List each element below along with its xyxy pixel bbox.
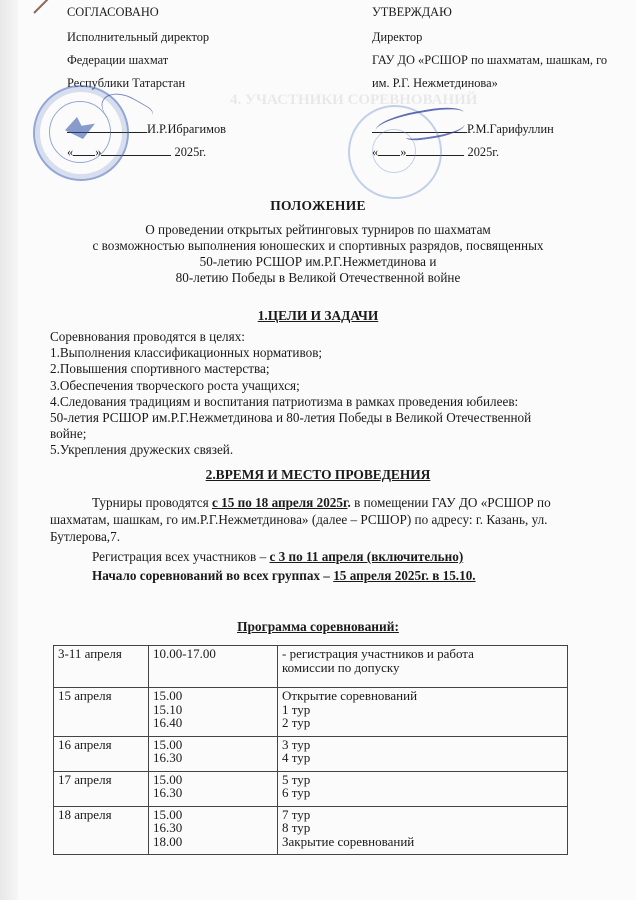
program-times-line: 10.00-17.00 xyxy=(153,647,273,661)
program-date: 16 апреля xyxy=(54,736,149,771)
approve-heading: УТВЕРЖДАЮ xyxy=(372,5,452,19)
program-date: 18 апреля xyxy=(54,806,149,855)
goal-item: 1.Выполнения классификационных нормативо… xyxy=(50,345,636,361)
director-date-line: «» 2025г. xyxy=(372,144,499,159)
registration-dates: с 3 по 11 апреля (включительно) xyxy=(269,549,463,564)
tournament-dates: с 15 по 18 апреля 2025г xyxy=(212,495,348,510)
program-times: 15.0016.30 xyxy=(149,736,278,771)
program-times-line: 16.30 xyxy=(153,786,273,800)
director-org-line2: им. Р.Г. Нежметдинова» xyxy=(372,76,498,90)
goal-item-cont: войне; xyxy=(50,426,636,442)
venue-address: шахматам, шашкам, го им.Р.Г.Нежметдинова… xyxy=(50,511,636,528)
program-row: 15 апреля15.0015.1016.40Открытие соревно… xyxy=(54,688,568,737)
tournament-dates-prefix: Турниры проводятся xyxy=(92,495,212,510)
program-events: 7 тур8 турЗакрытие соревнований xyxy=(278,806,568,855)
program-times-line: 15.00 xyxy=(153,689,273,703)
program-events-line: 8 тур xyxy=(282,821,563,835)
program-events-line: 7 тур xyxy=(282,808,563,822)
section-time-place-heading: 2.ВРЕМЯ И МЕСТО ПРОВЕДЕНИЯ xyxy=(0,467,636,483)
subtitle-line-1: О проведении открытых рейтинговых турнир… xyxy=(0,222,636,238)
program-times: 15.0015.1016.40 xyxy=(149,688,278,737)
program-times-line: 15.10 xyxy=(153,703,273,717)
program-row: 18 апреля15.0016.3018.007 тур8 турЗакрыт… xyxy=(54,806,568,855)
program-times-line: 15.00 xyxy=(153,808,273,822)
document-title: ПОЛОЖЕНИЕ xyxy=(0,198,636,214)
program-events: Открытие соревнований1 тур2 тур xyxy=(278,688,568,737)
subtitle-line-3: 50-летию РСШОР им.Р.Г.Нежметдинова и xyxy=(0,254,636,270)
program-events-line: 2 тур xyxy=(282,716,563,730)
program-row: 3-11 апреля10.00-17.00- регистрация учас… xyxy=(54,646,568,688)
program-date: 17 апреля xyxy=(54,771,149,806)
program-events: - регистрация участников и работакомисси… xyxy=(278,646,568,688)
day-blank xyxy=(73,144,95,156)
director-name: Р.М.Гарифуллин xyxy=(467,122,554,136)
program-events-line: Закрытие соревнований xyxy=(282,835,563,849)
registration-line: Регистрация всех участников – с 3 по 11 … xyxy=(50,548,636,565)
program-date: 3-11 апреля xyxy=(54,646,149,688)
goal-item: 5.Укрепления дружеских связей. xyxy=(50,442,636,458)
program-times-line: 15.00 xyxy=(153,773,273,787)
program-date: 15 апреля xyxy=(54,688,149,737)
program-row: 17 апреля15.0016.305 тур6 тур xyxy=(54,771,568,806)
approval-heading: СОГЛАСОВАНО xyxy=(67,5,159,19)
venue-street: Бутлерова,7. xyxy=(50,528,636,545)
approver-date-year: 2025г. xyxy=(175,145,207,159)
approver-org-line2: Республики Татарстан xyxy=(67,76,185,90)
program-events-line: 6 тур xyxy=(282,786,563,800)
program-events-line: Открытие соревнований xyxy=(282,689,563,703)
program-times: 15.0016.3018.00 xyxy=(149,806,278,855)
program-times-line: 18.00 xyxy=(153,835,273,849)
start-line: Начало соревнований во всех группах – 15… xyxy=(50,567,636,584)
approver-name: И.Р.Ибрагимов xyxy=(147,122,226,136)
goal-item-cont: 50-летия РСШОР им.Р.Г.Нежметдинова и 80-… xyxy=(50,410,636,426)
start-prefix: Начало соревнований во всех группах – xyxy=(92,568,333,583)
goal-item: 3.Обеспечения творческого роста учащихся… xyxy=(50,378,636,394)
program-times-line: 15.00 xyxy=(153,738,273,752)
director-date-year: 2025г. xyxy=(468,145,500,159)
month-blank xyxy=(406,144,464,156)
program-events-line: - регистрация участников и работа xyxy=(282,647,563,661)
scan-edge xyxy=(0,0,18,900)
program-events-line: комиссии по допуску xyxy=(282,661,563,675)
venue-text: в помещении ГАУ ДО «РСШОР по xyxy=(351,495,551,510)
goal-item: 4.Следования традициям и воспитания патр… xyxy=(50,394,636,410)
approver-position: Исполнительный директор xyxy=(67,30,209,44)
director-position: Директор xyxy=(372,30,422,44)
program-times-line: 16.30 xyxy=(153,821,273,835)
program-times: 10.00-17.00 xyxy=(149,646,278,688)
goal-item: 2.Повышения спортивного мастерства; xyxy=(50,361,636,377)
program-events-line: 5 тур xyxy=(282,773,563,787)
program-events-line: 4 тур xyxy=(282,751,563,765)
program-row: 16 апреля15.0016.303 тур4 тур xyxy=(54,736,568,771)
subtitle-line-2: с возможностью выполнения юношеских и сп… xyxy=(0,238,636,254)
day-blank xyxy=(378,144,400,156)
registration-prefix: Регистрация всех участников – xyxy=(92,549,269,564)
approver-org-line1: Федерации шахмат xyxy=(67,53,168,67)
program-times: 15.0016.30 xyxy=(149,771,278,806)
section-goals-body: Соревнования проводятся в целях: 1.Выпол… xyxy=(50,329,636,459)
month-blank xyxy=(101,144,171,156)
subtitle-line-4: 80-летию Победы в Великой Отечественной … xyxy=(0,270,636,286)
goals-intro: Соревнования проводятся в целях: xyxy=(50,329,636,345)
program-events: 3 тур4 тур xyxy=(278,736,568,771)
program-times-line: 16.40 xyxy=(153,716,273,730)
program-times-line: 16.30 xyxy=(153,751,273,765)
tournament-dates-paragraph: Турниры проводятся с 15 по 18 апреля 202… xyxy=(50,494,636,545)
approver-date-line: «» 2025г. xyxy=(67,144,206,159)
section-goals-heading: 1.ЦЕЛИ И ЗАДАЧИ xyxy=(0,308,636,324)
director-org-line1: ГАУ ДО «РСШОР по шахматам, шашкам, го xyxy=(372,53,607,67)
start-datetime: 15 апреля 2025г. в 15.10. xyxy=(333,568,475,583)
bleed-through-text: 4. УЧАСТНИКИ СОРЕВНОВАНИЙ xyxy=(230,92,477,109)
program-heading: Программа соревнований: xyxy=(0,619,636,635)
program-table: 3-11 апреля10.00-17.00- регистрация учас… xyxy=(53,645,568,855)
program-events-line: 1 тур xyxy=(282,703,563,717)
program-events: 5 тур6 тур xyxy=(278,771,568,806)
program-events-line: 3 тур xyxy=(282,738,563,752)
